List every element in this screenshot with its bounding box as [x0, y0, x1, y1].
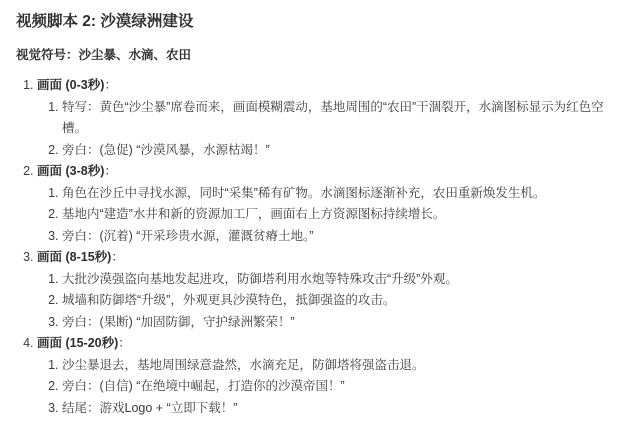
scene-heading-line: 画面 (3-8秒)： [37, 164, 117, 178]
page-subtitle: 视觉符号：沙尘暴、水滴、农田 [16, 47, 604, 63]
scene-step: 大批沙漠强盗向基地发起进攻，防御塔利用水炮等特殊攻击“升级”外观。 [62, 269, 604, 291]
scene-step: 旁白：(自信) “在绝境中崛起，打造你的沙漠帝国！” [62, 376, 604, 398]
scene-heading-colon: ： [104, 78, 117, 92]
scene-step: 基地内“建造”水井和新的资源加工厂，画面右上方资源图标持续增长。 [62, 204, 604, 226]
scene-heading-colon: ： [111, 250, 124, 264]
scene-heading: 画面 (3-8秒) [37, 164, 104, 178]
page-title: 视频脚本 2: 沙漠绿洲建设 [16, 12, 604, 32]
scene-heading: 画面 (0-3秒) [37, 78, 104, 92]
scene-heading-line: 画面 (15-20秒)： [37, 336, 131, 350]
scene-item: 画面 (8-15秒)： 大批沙漠强盗向基地发起进攻，防御塔利用水炮等特殊攻击“升… [37, 247, 604, 333]
scene-step: 旁白：(急促) “沙漠风暴，水源枯竭！” [62, 140, 604, 162]
scene-step-list: 特写：黄色“沙尘暴”席卷而来，画面模糊震动，基地周围的“农田”干涸裂开，水滴图标… [37, 97, 604, 162]
scene-step-list: 角色在沙丘中寻找水源，同时“采集”稀有矿物。水滴图标逐渐补充，农田重新焕发生机。… [37, 183, 604, 248]
scene-heading-colon: ： [104, 164, 117, 178]
scene-item: 画面 (0-3秒)： 特写：黄色“沙尘暴”席卷而来，画面模糊震动，基地周围的“农… [37, 75, 604, 161]
scene-heading: 画面 (8-15秒) [37, 250, 111, 264]
scene-step: 城墙和防御塔“升级”，外观更具沙漠特色，抵御强盗的攻击。 [62, 290, 604, 312]
scene-heading-colon: ： [118, 336, 131, 350]
scene-step: 特写：黄色“沙尘暴”席卷而来，画面模糊震动，基地周围的“农田”干涸裂开，水滴图标… [62, 97, 604, 140]
scene-step: 旁白：(沉着) “开采珍贵水源，灌溉贫瘠土地。” [62, 226, 604, 248]
scene-step-list: 大批沙漠强盗向基地发起进攻，防御塔利用水炮等特殊攻击“升级”外观。城墙和防御塔“… [37, 269, 604, 334]
scene-heading-line: 画面 (8-15秒)： [37, 250, 124, 264]
script-document: 视频脚本 2: 沙漠绿洲建设 视觉符号：沙尘暴、水滴、农田 画面 (0-3秒)：… [0, 0, 618, 419]
scene-step-list: 沙尘暴退去，基地周围绿意盎然，水滴充足，防御塔将强盗击退。旁白：(自信) “在绝… [37, 355, 604, 420]
scene-step: 角色在沙丘中寻找水源，同时“采集”稀有矿物。水滴图标逐渐补充，农田重新焕发生机。 [62, 183, 604, 205]
scene-heading-line: 画面 (0-3秒)： [37, 78, 117, 92]
scene-step: 沙尘暴退去，基地周围绿意盎然，水滴充足，防御塔将强盗击退。 [62, 355, 604, 377]
scene-item: 画面 (3-8秒)： 角色在沙丘中寻找水源，同时“采集”稀有矿物。水滴图标逐渐补… [37, 161, 604, 247]
scene-item: 画面 (15-20秒)： 沙尘暴退去，基地周围绿意盎然，水滴充足，防御塔将强盗击… [37, 333, 604, 419]
scene-heading: 画面 (15-20秒) [37, 336, 118, 350]
scene-step: 旁白：(果断) “加固防御，守护绿洲繁荣！” [62, 312, 604, 334]
scene-list: 画面 (0-3秒)： 特写：黄色“沙尘暴”席卷而来，画面模糊震动，基地周围的“农… [16, 75, 604, 419]
scene-step: 结尾：游戏Logo + “立即下载！” [62, 398, 604, 420]
